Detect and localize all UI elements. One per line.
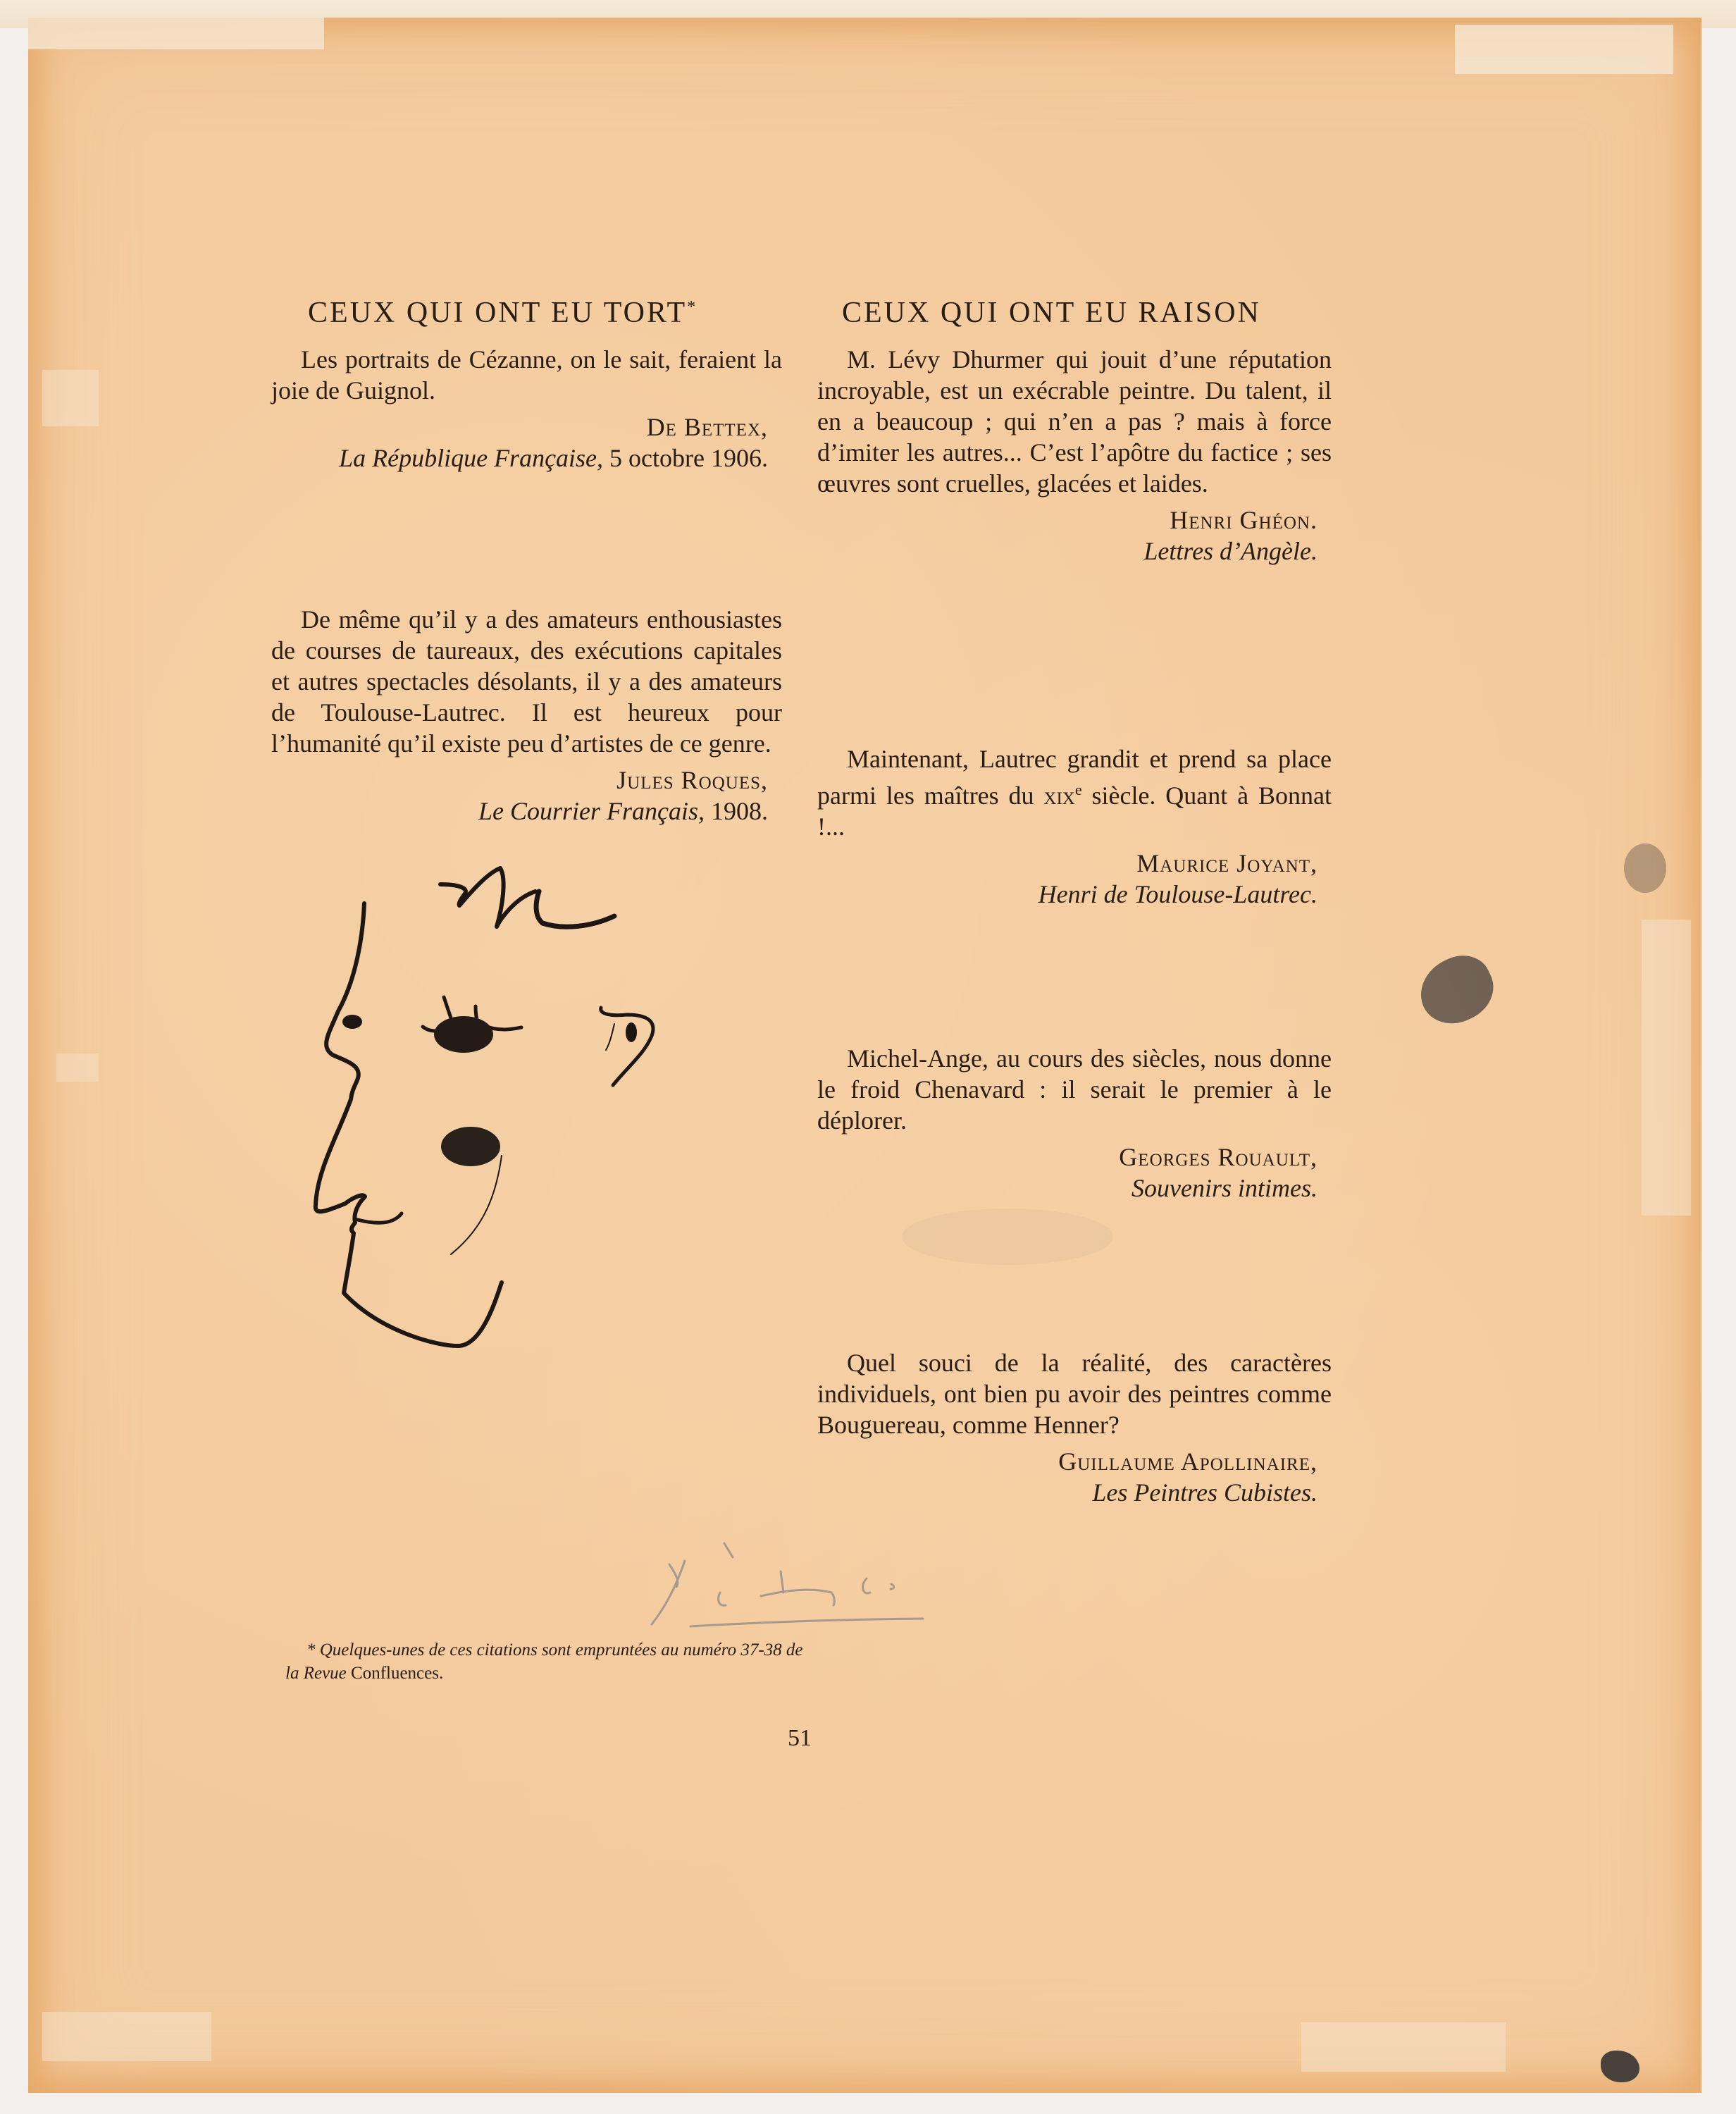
quote-source: Le Courrier Français, 1908. (271, 796, 782, 827)
quote-source: Lettres d’Angèle. (817, 536, 1332, 567)
quote-apollinaire: Quel souci de la réalité, des caractères… (817, 1347, 1332, 1508)
brow-stroke (440, 868, 535, 927)
tape-remnant-top-left (28, 18, 324, 49)
tape-remnant-left-2 (56, 1053, 99, 1082)
cheek-blot (441, 1127, 500, 1166)
brow-stroke-2 (536, 891, 614, 927)
source-date: 1908. (711, 797, 768, 825)
heading-left-text: CEUX QUI ONT EU TORT (308, 297, 687, 329)
heading-right: CEUX QUI ONT EU RAISON (842, 296, 1261, 330)
ear-inner-stroke (606, 1024, 614, 1050)
quote-author: Maurice Joyant, (817, 848, 1332, 879)
footnote: * Quelques-unes de ces citations sont em… (285, 1638, 821, 1685)
century-suffix: e (1075, 781, 1082, 798)
source-title: Le Courrier Français, (478, 797, 705, 825)
quote-text: Michel-Ange, au cours des siècles, nous … (817, 1043, 1332, 1136)
source-title: La République Française, (339, 444, 603, 472)
pencil-signature (620, 1536, 944, 1649)
quote-author: Guillaume Apollinaire, (817, 1446, 1332, 1477)
quote-source: Souvenirs intimes. (817, 1173, 1332, 1204)
ink-stain-large (1410, 946, 1503, 1034)
jaw-line (451, 1156, 502, 1254)
quote-de-bettex: Les portraits de Cézanne, on le sait, fe… (271, 344, 782, 474)
tape-remnant-top-right (1455, 25, 1673, 74)
quote-author: De Bettex, (271, 412, 782, 443)
water-mark (902, 1209, 1113, 1265)
source-date: 5 octobre 1906. (609, 444, 768, 472)
page-number: 51 (788, 1725, 812, 1752)
ink-stain-small (1624, 843, 1666, 893)
face-drawing-illustration (296, 860, 845, 1635)
tape-remnant-bottom-left (42, 2012, 211, 2061)
quote-maurice-joyant: Maintenant, Lautrec grandit et prend sa … (817, 743, 1332, 910)
quote-text: M. Lévy Dhurmer qui jouit d’une réputati… (817, 344, 1332, 499)
tape-remnant-bottom-right (1301, 2022, 1506, 2072)
footnote-mark: * (306, 1640, 316, 1659)
quote-author: Georges Rouault, (817, 1142, 1332, 1173)
quote-source: Henri de Toulouse-Lautrec. (817, 879, 1332, 910)
quote-source: La République Française, 5 octobre 1906. (271, 443, 782, 474)
quote-text: Maintenant, Lautrec grandit et prend sa … (817, 743, 1332, 842)
quote-author: Jules Roques, (271, 765, 782, 796)
quote-text: Quel souci de la réalité, des caractères… (817, 1347, 1332, 1440)
profile-line (316, 903, 502, 1346)
quote-jules-roques: De même qu’il y a des amateurs enthousia… (271, 604, 782, 827)
eye-left (342, 1015, 362, 1029)
century-numeral: xix (1043, 781, 1074, 810)
upper-lip-line (355, 1213, 402, 1223)
tape-remnant-left (42, 370, 99, 426)
quote-author: Henri Ghéon. (817, 505, 1332, 536)
eye-center (434, 1016, 493, 1053)
ear-dot (626, 1022, 637, 1042)
quote-georges-rouault: Michel-Ange, au cours des siècles, nous … (817, 1043, 1332, 1204)
tape-remnant-right (1642, 920, 1691, 1216)
quote-source: Les Peintres Cubistes. (817, 1477, 1332, 1508)
ink-stain-corner (1601, 2051, 1639, 2082)
quote-henri-gheon: M. Lévy Dhurmer qui jouit d’une réputati… (817, 344, 1332, 567)
heading-left: CEUX QUI ONT EU TORT* (308, 296, 695, 330)
quote-text: Les portraits de Cézanne, on le sait, fe… (271, 344, 782, 406)
footnote-mark: * (687, 298, 695, 316)
quote-text: De même qu’il y a des amateurs enthousia… (271, 604, 782, 759)
ear-line (601, 1008, 653, 1085)
footnote-publication: Confluences. (351, 1664, 443, 1683)
